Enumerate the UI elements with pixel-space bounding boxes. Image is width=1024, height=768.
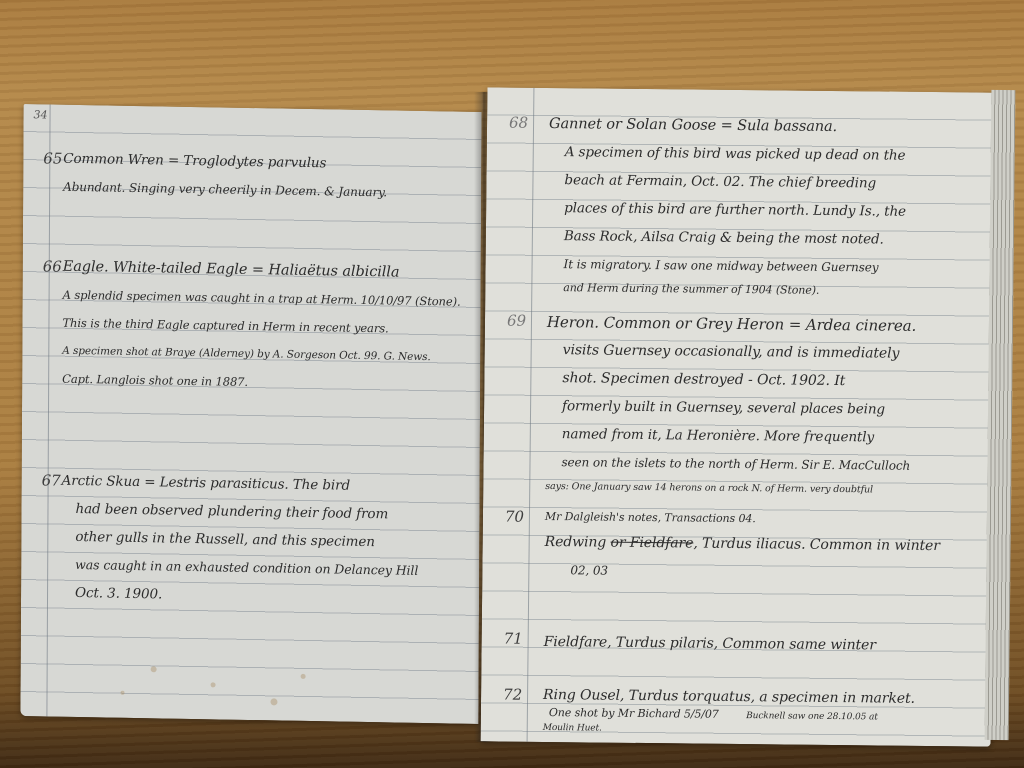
entry-note: One shot by Mr Bichard 5/5/07 — [549, 706, 719, 721]
entry-71-fieldfare: 71 Fieldfare, Turdus pilaris, Common sam… — [543, 628, 875, 659]
entry-number: 68 — [509, 114, 528, 132]
entry-number: 72 — [503, 686, 522, 704]
entry-line: formerly built in Guernsey, several plac… — [546, 392, 916, 424]
entry-number: 70 — [505, 508, 524, 526]
entry-70-redwing: 70 Mr Dalgleish's notes, Transactions 04… — [544, 506, 940, 588]
foxing-spot — [270, 698, 277, 705]
entry-line: seen on the islets to the north of Herm.… — [545, 448, 915, 480]
entry-67-arctic-skua: 67 Arctic Skua = Lestris parasiticus. Th… — [61, 467, 419, 613]
entry-line: visits Guernsey occasionally, and is imm… — [547, 336, 917, 368]
foxing-spot — [301, 674, 306, 679]
foxing-spot — [211, 682, 216, 687]
entry-line: Bass Rock, Ailsa Craig & being the most … — [548, 222, 906, 254]
entry-line: Redwing or Fieldfare, Turdus iliacus. Co… — [545, 528, 940, 560]
entry-line: places of this bird are further north. L… — [548, 194, 906, 226]
entry-note: Bucknell saw one 28.10.05 at — [722, 711, 878, 723]
entry-number: 67 — [42, 471, 61, 489]
entry-number: 66 — [43, 257, 62, 275]
foxing-spot — [151, 666, 157, 672]
page-number: 34 — [34, 108, 48, 121]
entry-65-common-wren: 65 Common Wren = Troglodytes parvulus Ab… — [63, 145, 387, 207]
entry-69-heron: 69 Heron. Common or Grey Heron = Ardea c… — [545, 308, 916, 502]
entry-68-gannet: 68 Gannet or Solan Goose = Sula bassana.… — [547, 110, 907, 302]
entry-text-redwing: Redwing — [545, 534, 607, 551]
entry-line: Heron. Common or Grey Heron = Ardea cine… — [547, 308, 917, 340]
entry-line: shot. Specimen destroyed - Oct. 1902. It — [546, 364, 916, 396]
entry-number: 69 — [507, 312, 526, 330]
foxing-spot — [121, 691, 125, 695]
entry-line: and Herm during the summer of 1904 (Ston… — [547, 278, 905, 302]
struck-through-text: or Fieldfare — [610, 535, 693, 552]
entry-line: says: One January saw 14 herons on a roc… — [545, 476, 914, 502]
entry-line: 02, 03 — [544, 556, 939, 588]
entry-line: beach at Fermain, Oct. 02. The chief bre… — [548, 166, 906, 198]
entry-text-species: , Turdus iliacus. Common in winter — [693, 536, 940, 555]
entry-line: Fieldfare, Turdus pilaris, Common same w… — [543, 628, 875, 659]
entry-72-ring-ousel: 72 Ring Ousel, Turdus torquatus, a speci… — [543, 684, 915, 739]
entry-line: Gannet or Solan Goose = Sula bassana. — [549, 110, 907, 142]
entry-line: named from it, La Heronière. More freque… — [546, 420, 916, 452]
entry-line: Abundant. Singing very cheerily in Decem… — [63, 173, 387, 207]
entry-number: 71 — [504, 630, 523, 648]
entry-66-eagle: 66 Eagle. White-tailed Eagle = Haliaëtus… — [62, 253, 461, 400]
entry-line: A specimen of this bird was picked up de… — [549, 138, 907, 170]
margin-rule — [46, 104, 50, 716]
entry-number: 65 — [43, 149, 62, 167]
margin-rule — [527, 88, 535, 742]
left-notebook-page: 34 65 Common Wren = Troglodytes parvulus… — [20, 104, 481, 724]
right-notebook-page: 68 Gannet or Solan Goose = Sula bassana.… — [481, 87, 998, 746]
entry-line: It is migratory. I saw one midway betwee… — [547, 250, 905, 282]
